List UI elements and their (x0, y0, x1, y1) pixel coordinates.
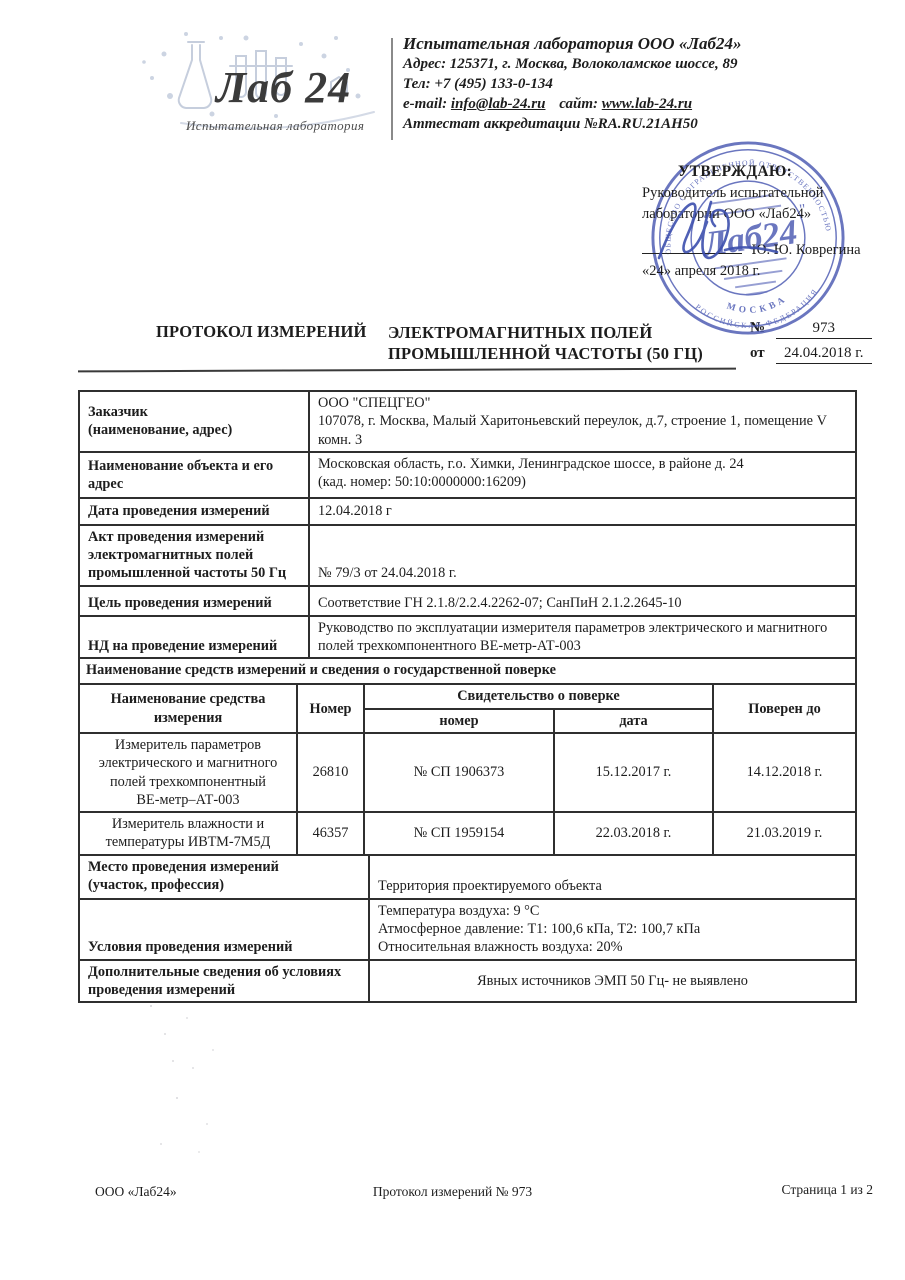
info-row-label: Заказчик (наименование, адрес) (79, 391, 309, 452)
conditions-table: Место проведения измерений (участок, про… (78, 854, 857, 1003)
table-row: Дополнительные сведения об условиях пров… (79, 960, 856, 1003)
doc-subtitle-line-2: ПРОМЫШЛЕННОЙ ЧАСТОТЫ (50 ГЦ) (388, 343, 703, 364)
table-row: Измеритель влажности и температуры ИВТМ-… (79, 812, 856, 855)
protocol-tables: Заказчик (наименование, адрес) ООО "СПЕЦ… (78, 392, 857, 1003)
info-row-value: ООО "СПЕЦГЕО" 107078, г. Москва, Малый Х… (309, 391, 856, 452)
cert-date: 22.03.2018 г. (554, 812, 713, 855)
cert-number: № СП 1906373 (364, 733, 554, 812)
info-row-value: № 79/3 от 24.04.2018 г. (309, 525, 856, 586)
info-row-value: Руководство по эксплуатации измерителя п… (309, 616, 856, 659)
condition-value: Явных источников ЭМП 50 Гц- не выявлено (369, 960, 856, 1003)
footer-protocol-ref: Протокол измерений № 973 (0, 1184, 905, 1200)
website-link[interactable]: www.lab-24.ru (602, 96, 692, 112)
table-row: Цель проведения измерений Соответствие Г… (79, 586, 856, 616)
doc-subtitle: ЭЛЕКТРОМАГНИТНЫХ ПОЛЕЙ ПРОМЫШЛЕННОЙ ЧАСТ… (388, 322, 703, 364)
valid-until: 21.03.2019 г. (713, 812, 856, 855)
valid-until: 14.12.2018 г. (713, 733, 856, 812)
title-underline (78, 368, 736, 373)
col-cert-number: номер (364, 709, 554, 733)
info-row-value: Московская область, г.о. Химки, Ленингра… (309, 452, 856, 498)
table-row: Акт проведения измерений электромагнитны… (79, 525, 856, 586)
signature-scribble (645, 192, 795, 276)
lab-address-line: Адрес: 125371, г. Москва, Волоколамское … (403, 55, 873, 75)
condition-label: Условия проведения измерений (79, 899, 369, 960)
info-row-label: Наименование объекта и его адрес (79, 452, 309, 498)
instrument-name: Измеритель влажности и температуры ИВТМ-… (79, 812, 297, 855)
info-row-value: Соответствие ГН 2.1.8/2.2.4.2262-07; Сан… (309, 586, 856, 616)
condition-label: Место проведения измерений (участок, про… (79, 855, 369, 899)
logo-title: Лаб 24 (216, 66, 351, 110)
doc-title: ПРОТОКОЛ ИЗМЕРЕНИЙ (156, 322, 367, 342)
info-row-value: 12.04.2018 г (309, 498, 856, 525)
col-valid-until: Поверен до (713, 684, 856, 733)
header-divider (391, 38, 393, 140)
logo-subtitle: Испытательная лаборатория (186, 118, 364, 134)
cert-number: № СП 1959154 (364, 812, 554, 855)
col-number: Номер (297, 684, 364, 733)
info-row-label: Дата проведения измерений (79, 498, 309, 525)
table-row: Заказчик (наименование, адрес) ООО "СПЕЦ… (79, 391, 856, 452)
site-label: сайт: (559, 96, 598, 112)
info-row-label: Акт проведения измерений электромагнитны… (79, 525, 309, 586)
instrument-name: Измеритель параметров электрического и м… (79, 733, 297, 812)
protocol-date: 24.04.2018 г. (776, 345, 872, 364)
table-row: Дата проведения измерений 12.04.2018 г (79, 498, 856, 525)
table-row: НД на проведение измерений Руководство п… (79, 616, 856, 659)
protocol-date-label: от (750, 345, 772, 362)
instrument-number: 46357 (297, 812, 364, 855)
table-row: Место проведения измерений (участок, про… (79, 855, 856, 899)
condition-value: Температура воздуха: 9 °С Атмосферное да… (369, 899, 856, 960)
table-row: Измеритель параметров электрического и м… (79, 733, 856, 812)
col-cert-date: дата (554, 709, 713, 733)
col-certificate: Свидетельство о поверке (364, 684, 713, 708)
table-row: Условия проведения измерений Температура… (79, 899, 856, 960)
info-table: Заказчик (наименование, адрес) ООО "СПЕЦ… (78, 390, 857, 659)
doc-subtitle-line-1: ЭЛЕКТРОМАГНИТНЫХ ПОЛЕЙ (388, 322, 703, 343)
info-row-label: НД на проведение измерений (79, 616, 309, 659)
footer-page-number: Страница 1 из 2 (782, 1182, 873, 1198)
table-row: Наименование объекта и его адрес Московс… (79, 452, 856, 498)
approval-title: УТВЕРЖДАЮ: (678, 161, 894, 183)
cert-date: 15.12.2017 г. (554, 733, 713, 812)
scan-noise (150, 1005, 152, 1007)
condition-label: Дополнительные сведения об условиях пров… (79, 960, 369, 1003)
email-link[interactable]: info@lab-24.ru (451, 96, 546, 112)
lab-name-line: Испытательная лаборатория ООО «Лаб24» (403, 33, 873, 55)
lab-info-block: Испытательная лаборатория ООО «Лаб24» Ад… (403, 33, 873, 135)
instrument-number: 26810 (297, 733, 364, 812)
lab-phone-line: Тел: +7 (495) 133-0-134 (403, 75, 873, 95)
info-row-label: Цель проведения измерений (79, 586, 309, 616)
email-label: e-mail: (403, 96, 447, 112)
instruments-table: Наименование средства измерения Номер Св… (78, 683, 857, 855)
table-header-row: Наименование средства измерения Номер Св… (79, 684, 856, 708)
col-instrument-name: Наименование средства измерения (79, 684, 297, 733)
instruments-section-title: Наименование средств измерений и сведени… (78, 657, 857, 685)
condition-value: Территория проектируемого объекта (369, 855, 856, 899)
